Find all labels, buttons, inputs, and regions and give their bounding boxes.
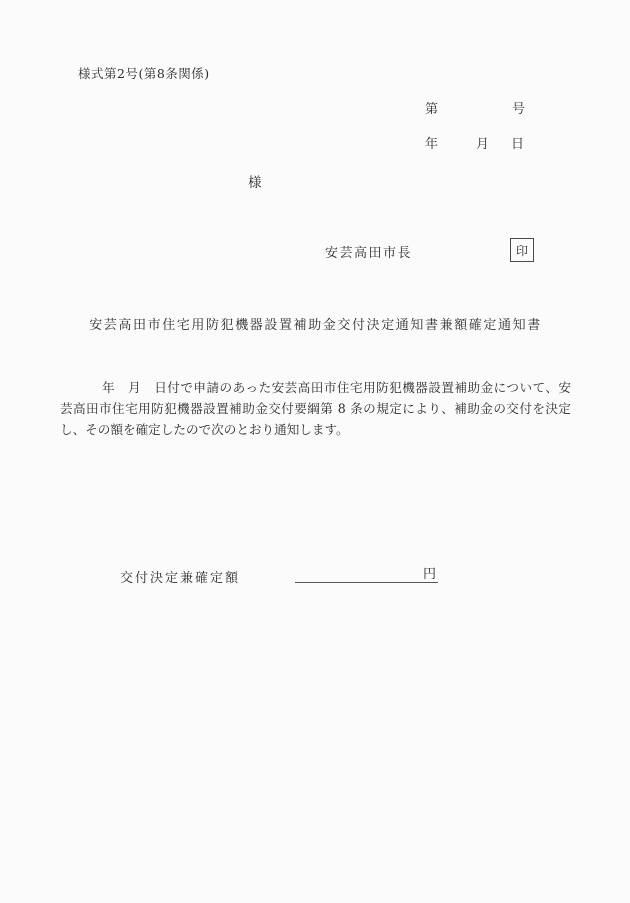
amount-unit: 円 [423, 567, 438, 582]
amount-fill-line: 円 [295, 566, 438, 583]
amount-label: 交付決定兼確定額 [120, 567, 240, 586]
doc-number-prefix: 第 [425, 98, 438, 117]
document-page: 様式第2号(第8条関係) 第 号 年 月 日 様 安芸高田市長 印 安芸高田市住… [0, 0, 630, 903]
doc-number-suffix: 号 [512, 98, 525, 117]
doc-number-row: 第 号 [0, 98, 630, 114]
document-title: 安芸高田市住宅用防犯機器設置補助金交付決定通知書兼額確定通知書 [60, 314, 571, 333]
body-line-2: 芸高田市住宅用防犯機器設置補助金交付要綱第 8 条の規定により、補助金の交付を決… [60, 398, 571, 419]
form-number: 様式第2号(第8条関係) [78, 64, 210, 82]
seal-mark: 印 [516, 242, 528, 259]
addressee-honorific: 様 [248, 171, 262, 191]
seal-box: 印 [510, 238, 534, 262]
sender-title: 安芸高田市長 [325, 242, 412, 261]
body-paragraph: 年 月 日付で申請のあった安芸高田市住宅用防犯機器設置補助金について、安 芸高田… [60, 377, 571, 440]
body-line-1: 年 月 日付で申請のあった安芸高田市住宅用防犯機器設置補助金について、安 [60, 377, 571, 398]
date-month-label: 月 [476, 133, 489, 152]
body-line-3: し、その額を確定したので次のとおり通知します。 [60, 419, 571, 440]
date-day-label: 日 [511, 133, 524, 152]
date-year-label: 年 [425, 133, 438, 152]
date-row: 年 月 日 [0, 133, 630, 149]
